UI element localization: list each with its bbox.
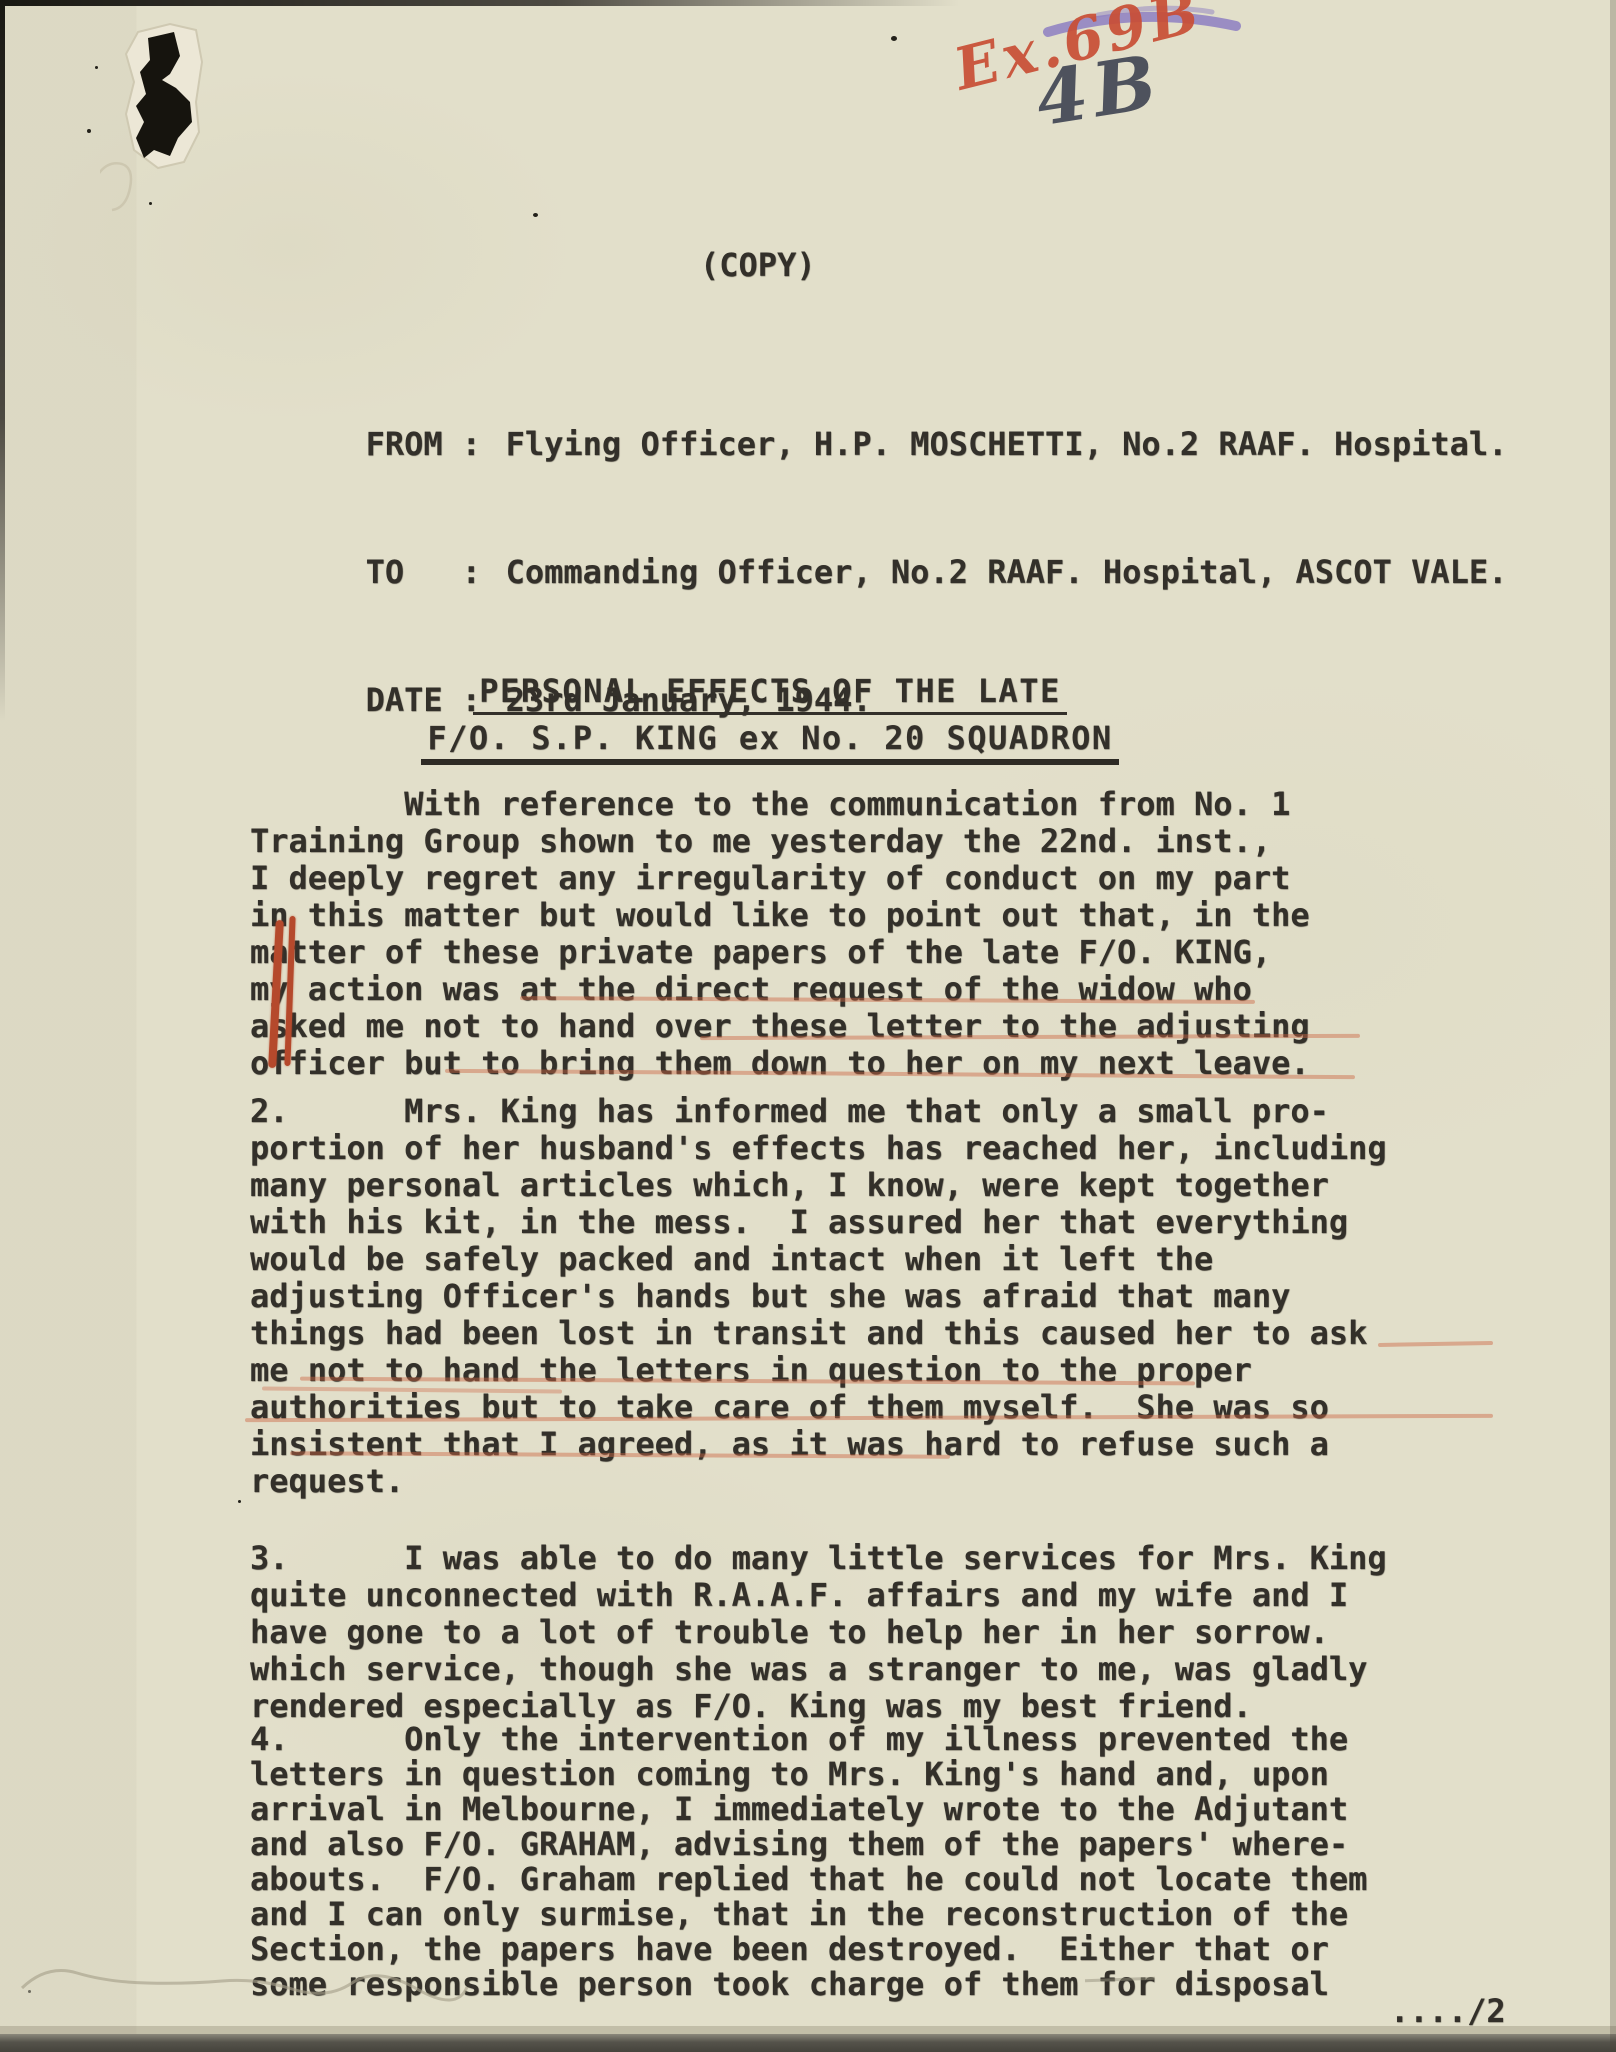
text-line: me not to hand the letters in question t… <box>250 1352 1387 1389</box>
ink-speck <box>149 202 152 205</box>
text-line: would be safely packed and intact when i… <box>250 1241 1387 1278</box>
scan-edge-left <box>0 0 5 760</box>
paper-bottom-edge <box>0 2026 1616 2034</box>
ink-speck <box>891 36 897 41</box>
exhibit-number-dark: 4B <box>1030 39 1168 144</box>
text-line: portion of her husband's effects has rea… <box>250 1130 1387 1167</box>
title-line-1: PERSONAL EFFECTS OF THE LATE <box>473 672 1066 715</box>
ink-speck <box>533 213 538 217</box>
paragraph-3: 3. I was able to do many little services… <box>250 1540 1387 1725</box>
text-line: quite unconnected with R.A.A.F. affairs … <box>250 1577 1387 1614</box>
tear-scratch <box>100 163 131 210</box>
text-line: Training Group shown to me yesterday the… <box>250 823 1310 860</box>
title-line-2: F/O. S.P. KING ex No. 20 SQUADRON <box>421 719 1118 765</box>
text-line: I deeply regret any irregularity of cond… <box>250 860 1310 897</box>
scan-edge-top <box>0 0 1010 6</box>
meta-label: TO <box>366 556 462 588</box>
meta-colon: : <box>462 556 506 588</box>
meta-row-to: TO:Commanding Officer, No.2 RAAF. Hospit… <box>250 524 1507 620</box>
page-marker: ..../2 <box>1390 1992 1506 2030</box>
text-line: things had been lost in transit and this… <box>250 1315 1387 1352</box>
text-line: With reference to the communication from… <box>250 786 1310 823</box>
scan-edge-right <box>1610 0 1616 2052</box>
meta-colon: : <box>462 428 506 460</box>
text-line: many personal articles which, I know, we… <box>250 1167 1387 1204</box>
text-line: and I can only surmise, that in the reco… <box>250 1897 1367 1932</box>
text-line: with his kit, in the mess. I assured her… <box>250 1204 1387 1241</box>
pencil-scribble <box>10 1948 650 2002</box>
text-line: have gone to a lot of trouble to help he… <box>250 1614 1387 1651</box>
paragraph-2: 2. Mrs. King has informed me that only a… <box>250 1093 1387 1500</box>
text-line: request. <box>250 1463 1387 1500</box>
ink-speck <box>87 129 91 133</box>
red-underline <box>1378 1341 1493 1347</box>
meta-value: Commanding Officer, No.2 RAAF. Hospital,… <box>506 553 1508 591</box>
meta-row-from: FROM:Flying Officer, H.P. MOSCHETTI, No.… <box>250 396 1507 492</box>
text-line: and also F/O. GRAHAM, advising them of t… <box>250 1827 1367 1862</box>
scan-edge-bottom <box>0 2034 1616 2052</box>
text-line: abouts. F/O. Graham replied that he coul… <box>250 1862 1367 1897</box>
meta-label: FROM <box>366 428 462 460</box>
text-line: arrival in Melbourne, I immediately wrot… <box>250 1792 1367 1827</box>
document-title: PERSONAL EFFECTS OF THE LATE F/O. S.P. K… <box>330 672 1210 765</box>
text-line: adjusting Officer's hands but she was af… <box>250 1278 1387 1315</box>
ink-speck <box>238 1500 241 1503</box>
document-page: Ex.69B 4B (COPY) FROM:Flying Officer, H.… <box>0 0 1616 2052</box>
copy-label: (COPY) <box>700 246 816 284</box>
punch-hole-tear <box>100 10 230 230</box>
text-line: in this matter but would like to point o… <box>250 897 1310 934</box>
meta-value: Flying Officer, H.P. MOSCHETTI, No.2 RAA… <box>506 425 1508 463</box>
text-line: which service, though she was a stranger… <box>250 1651 1387 1688</box>
text-line: 2. Mrs. King has informed me that only a… <box>250 1093 1387 1130</box>
ink-speck <box>95 66 98 69</box>
text-line: letters in question coming to Mrs. King'… <box>250 1757 1367 1792</box>
text-line: 3. I was able to do many little services… <box>250 1540 1387 1577</box>
text-line: 4. Only the intervention of my illness p… <box>250 1722 1367 1757</box>
text-line: matter of these private papers of the la… <box>250 934 1310 971</box>
